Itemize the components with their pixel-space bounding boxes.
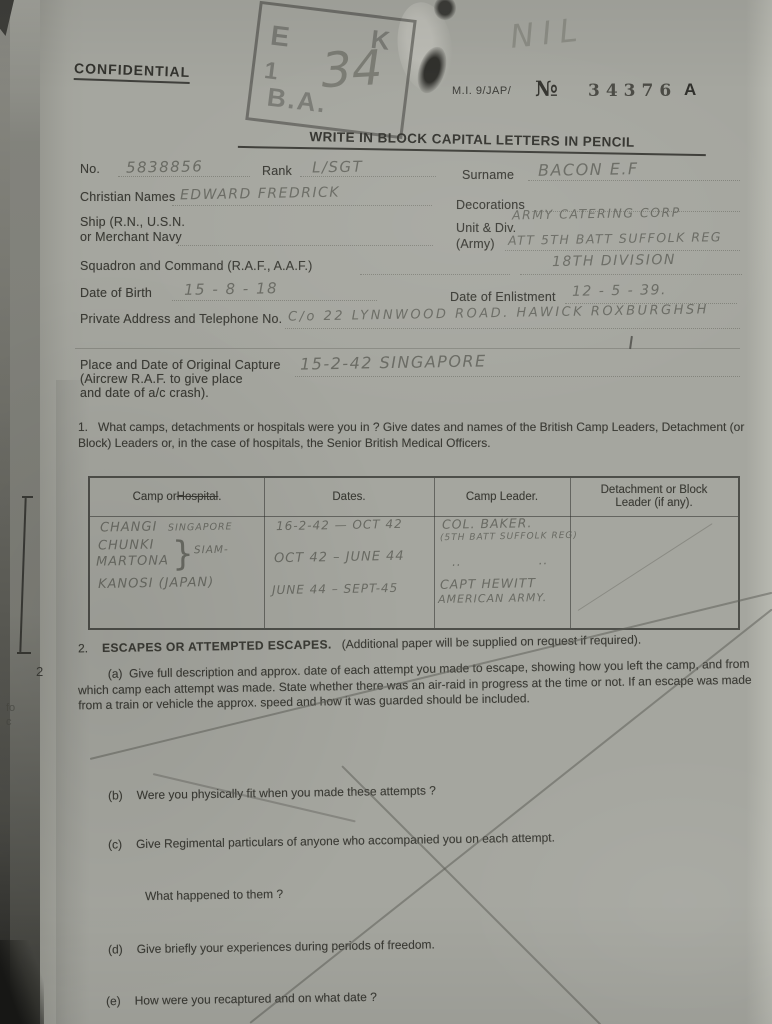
date-of-enlistment-handwriting: 12 - 5 - 39. xyxy=(572,282,667,300)
question-2b: (b)Were you physically fit when you made… xyxy=(108,783,436,802)
camp-brace-mark: } xyxy=(172,534,195,574)
header-camp-post: . xyxy=(218,491,221,504)
leader-ditto-marks: .. .. xyxy=(452,553,549,569)
margin-bracket-top-tick xyxy=(22,496,33,498)
margin-page-number: 2 xyxy=(36,664,43,679)
form-reference-prefix: M.I. 9/JAP/ xyxy=(452,85,511,97)
no-label: No. xyxy=(80,162,100,176)
christian-field-line xyxy=(172,205,432,206)
table-header-detachment: Detachment or BlockLeader (if any). xyxy=(570,478,738,516)
paper-tear-notch xyxy=(434,0,456,20)
camp-siam-note: SIAM- xyxy=(194,544,229,557)
margin-text-fragment-a: fo xyxy=(6,702,15,714)
camp-martona-handwriting: MARTONA xyxy=(96,553,169,569)
leader-baker-unit-note: (5TH BATT SUFFOLK REG) xyxy=(440,531,578,543)
question-2a-label: (a) xyxy=(108,667,123,681)
header-detachment-line1: Detachment or Block xyxy=(601,484,708,497)
dates-row2-handwriting: OCT 42 – JUNE 44 xyxy=(274,549,405,566)
no-value-handwriting: 5838856 xyxy=(126,157,204,176)
paper-edge-right xyxy=(746,0,772,1024)
address-field-line xyxy=(285,328,740,329)
question-2-number: 2. xyxy=(78,641,88,655)
question-2b-label: (b) xyxy=(108,788,123,802)
surname-field-line xyxy=(528,180,740,181)
dates-row3-handwriting: JUNE 44 – SEPT-45 xyxy=(272,581,398,597)
division-handwriting: 18TH DIVISION xyxy=(552,252,676,270)
table-header-rule xyxy=(90,516,738,517)
question-1: 1. What camps, detachments or hospitals … xyxy=(78,420,748,451)
camp-chunki-handwriting: CHUNKI xyxy=(98,538,155,554)
squadron-label: Squadron and Command (R.A.F., A.A.F.) xyxy=(80,259,313,273)
stamp-handwritten-number: 34 xyxy=(320,40,384,99)
table-header-camp: Camp or Hospital. xyxy=(90,478,264,516)
date-of-birth-handwriting: 15 - 8 - 18 xyxy=(184,279,278,299)
ship-field-line xyxy=(178,245,433,246)
question-2c-followup: What happened to them ? xyxy=(145,887,283,903)
form-series-letter: A xyxy=(684,80,696,100)
private-address-label: Private Address and Telephone No. xyxy=(80,312,282,326)
rank-field-line xyxy=(300,176,436,177)
question-2e-label: (e) xyxy=(106,994,121,1008)
unit-value-line1-handwriting: ARMY CATERING CORP xyxy=(512,205,681,223)
question-2e: (e)How were you recaptured and on what d… xyxy=(106,990,377,1008)
leader-baker-handwriting: COL. BAKER. xyxy=(442,515,533,532)
stamp-ba-text: B.A. xyxy=(265,82,328,120)
squadron-field-line xyxy=(360,274,510,275)
scanned-pow-form-page: CONFIDENTIAL E K 1 B.A. 34 NIL M.I. 9/JA… xyxy=(0,0,772,1024)
margin-text-fragment-b: c xyxy=(6,716,12,728)
camp-singapore-note: SINGAPORE xyxy=(168,521,233,533)
what-happened-text: What happened to them ? xyxy=(145,887,283,903)
no-field-line xyxy=(118,176,250,177)
question-2e-text: How were you recaptured and on what date… xyxy=(135,990,377,1008)
capture-label-line2: (Aircrew R.A.F. to give place xyxy=(80,372,243,386)
dates-row1-handwriting: 16-2-42 — OCT 42 xyxy=(276,517,403,533)
stamp-letter-left: E xyxy=(269,20,291,54)
unit-field-line xyxy=(505,250,740,251)
margin-bracket-bottom-tick xyxy=(17,652,31,654)
capture-label-line1: Place and Date of Original Capture xyxy=(80,358,281,372)
question-2d: (d)Give briefly your experiences during … xyxy=(108,937,435,956)
capture-value-handwriting: 15-2-42 SINGAPORE xyxy=(300,351,487,373)
division-field-line xyxy=(520,274,742,275)
ship-label-line2: or Merchant Navy xyxy=(80,230,182,244)
question-2b-text: Were you physically fit when you made th… xyxy=(137,783,436,802)
table-header-leader: Camp Leader. xyxy=(434,478,570,516)
camps-table: Camp or Hospital. Dates. Camp Leader. De… xyxy=(88,476,740,630)
address-second-line xyxy=(75,348,740,349)
question-2-title: ESCAPES OR ATTEMPTED ESCAPES. xyxy=(102,637,332,655)
header-hospital-struck: Hospital xyxy=(177,491,219,504)
rank-value-handwriting: L/SGT xyxy=(312,158,364,177)
question-1-text: What camps, detachments or hospitals wer… xyxy=(78,420,744,450)
unit-value-line2-handwriting: ATT 5TH BATT SUFFOLK REG xyxy=(508,229,722,248)
christian-names-handwriting: EDWARD FREDRICK xyxy=(180,185,340,204)
form-serial-number: 34376 xyxy=(588,81,677,101)
question-2c-label: (c) xyxy=(108,837,122,851)
capture-label-line3: and date of a/c crash). xyxy=(80,386,209,400)
header-camp-pre: Camp or xyxy=(133,491,177,504)
private-address-handwriting: C/o 22 LYNNWOOD ROAD. HAWICK ROXBURGHSH xyxy=(288,302,709,324)
header-detachment-line2: Leader (if any). xyxy=(615,497,692,510)
table-header-dates: Dates. xyxy=(264,478,434,516)
confidential-marking: CONFIDENTIAL xyxy=(74,60,191,84)
question-2d-text: Give briefly your experiences during per… xyxy=(137,937,435,956)
question-2d-label: (d) xyxy=(108,942,123,956)
pencil-cross-line-3 xyxy=(341,765,601,1024)
ship-label-line1: Ship (R.N., U.S.N. xyxy=(80,215,185,229)
numero-symbol: № xyxy=(535,76,558,101)
leader-american-army-note: AMERICAN ARMY. xyxy=(438,591,547,606)
date-of-enlistment-label: Date of Enlistment xyxy=(450,290,556,304)
unit-div-label-line2: (Army) xyxy=(456,237,495,251)
rank-label: Rank xyxy=(262,164,292,178)
camp-changi-handwriting: CHANGI xyxy=(100,520,158,536)
surname-label: Surname xyxy=(462,168,514,182)
capture-field-line xyxy=(295,376,740,377)
christian-names-label: Christian Names xyxy=(80,190,175,204)
form-title: WRITE IN BLOCK CAPITAL LETTERS IN PENCIL xyxy=(238,128,706,156)
handwritten-nil: NIL xyxy=(508,10,587,56)
paper-shadow-bottom-left xyxy=(0,940,44,1024)
camp-kanosi-handwriting: KANOSI (JAPAN) xyxy=(98,575,215,592)
question-2c-text: Give Regimental particulars of anyone wh… xyxy=(136,830,555,851)
date-of-birth-label: Date of Birth xyxy=(80,286,152,300)
receipt-stamp: E K 1 B.A. 34 xyxy=(245,1,416,139)
paper-edge-left-outer xyxy=(0,0,10,1024)
leader-hewitt-handwriting: CAPT HEWITT xyxy=(440,575,536,592)
question-1-number: 1. xyxy=(78,420,88,434)
question-2a: (a) Give full description and approx. da… xyxy=(78,657,755,714)
surname-value-handwriting: BACON E.F xyxy=(538,159,639,180)
dob-field-line xyxy=(172,300,377,301)
